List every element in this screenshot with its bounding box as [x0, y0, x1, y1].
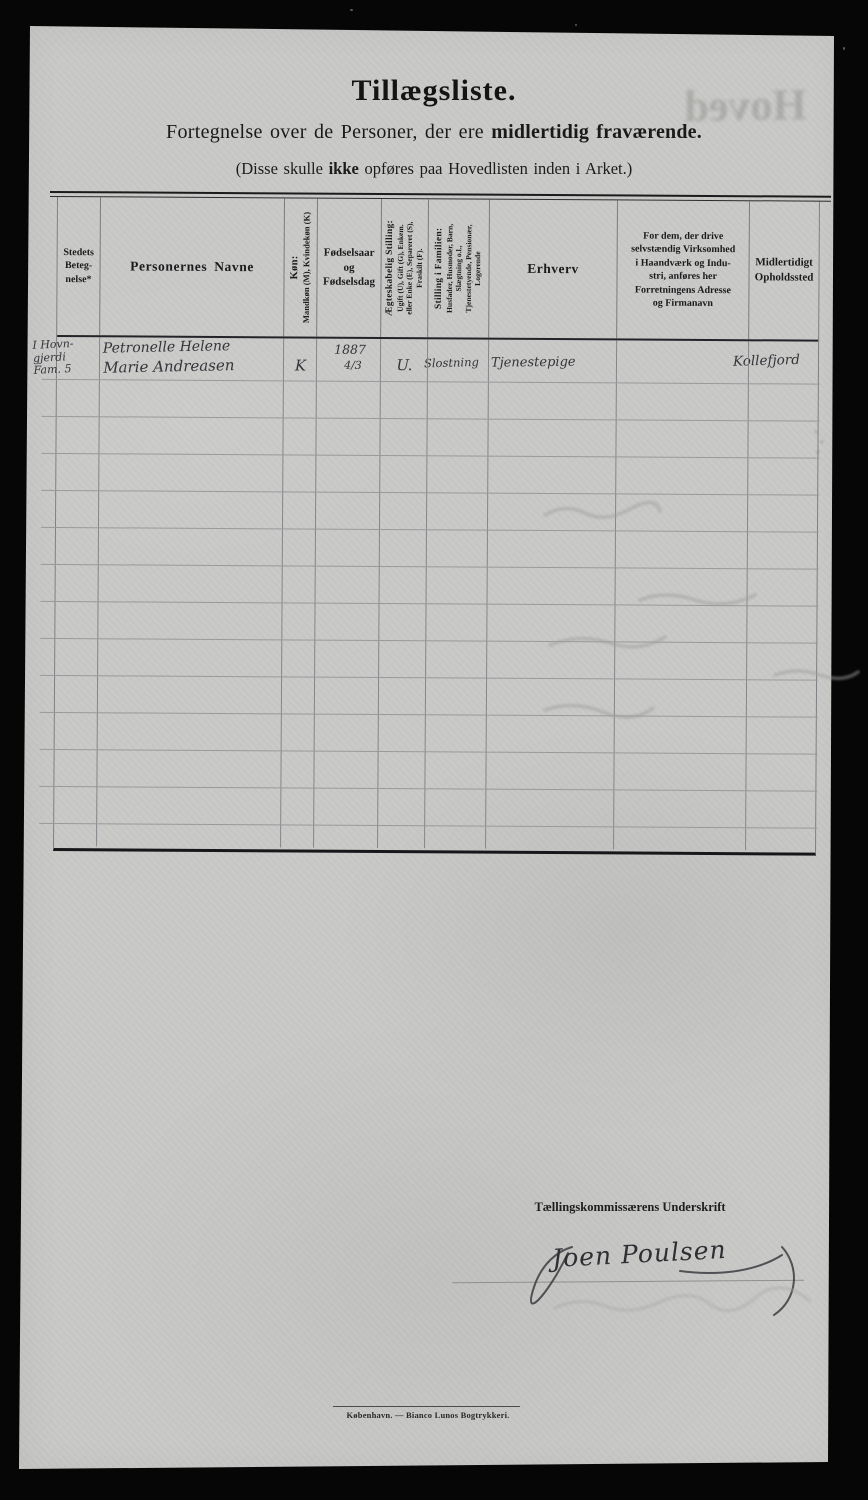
subtitle-bold: midlertidig fraværende.: [491, 121, 702, 143]
column-divider: [96, 337, 100, 846]
column-header-stedets-betegnelse: Stedets Beteg- nelse*: [57, 197, 101, 335]
column-divider: [280, 338, 284, 847]
vertical-header-text: Ægteskabelig Stilling: Ugift (U), Gift (…: [384, 203, 424, 333]
vertical-header-text: Stilling i Familien: Husfader, Husmoder,…: [434, 203, 484, 333]
dust-speck: [843, 47, 845, 50]
entry-kon: K: [284, 356, 317, 374]
column-divider: [377, 339, 381, 848]
bleedthrough-handwriting-marks: [520, 420, 860, 760]
table-header-row: Stedets Beteg- nelse* Personernes Navne …: [57, 197, 819, 342]
note-bold: ikke: [329, 159, 359, 178]
stilling-options: Husfader, Husmoder, Barn, Slægtning o.l.…: [445, 203, 484, 333]
page-title: Tillægsliste.: [0, 74, 868, 108]
entry-birth-year: 1887: [319, 342, 381, 358]
row-rule: [42, 379, 820, 385]
stilling-title: Stilling i Familien:: [434, 203, 445, 333]
column-header-personernes-navne: Personernes Navne: [100, 197, 285, 336]
dust-speck: [575, 24, 577, 26]
bleedthrough-under-signature: [545, 1283, 825, 1323]
entry-fodselsdato: 1887 4/3: [319, 342, 381, 374]
column-header-virksomhed: For dem, der drive selvstændig Virksomhe…: [617, 200, 750, 339]
entry-stilling-i-familien: Slostning: [424, 354, 492, 370]
column-header-erhverv: Erhverv: [489, 200, 618, 339]
row-rule: [39, 823, 817, 829]
column-header-stilling-i-familien: Stilling i Familien: Husfader, Husmoder,…: [428, 199, 490, 337]
dust-speck: [350, 9, 353, 11]
aegteskab-options: Ugift (U), Gift (G), Enkem. eller Enke (…: [395, 203, 424, 333]
page-note: (Disse skulle ikke opføres paa Hovedlist…: [0, 159, 868, 179]
column-divider: [313, 339, 317, 848]
column-divider: [485, 340, 489, 849]
note-post: opføres paa Hovedlisten inden i Arket.): [359, 159, 632, 178]
row-rule: [39, 786, 817, 792]
kon-title: Køn:: [289, 202, 301, 332]
entry-aegteskabelig-stilling: U.: [381, 356, 428, 374]
note-pre: (Disse skulle: [236, 159, 329, 178]
entry-person-name: Petronelle Helene Marie Andreasen: [103, 336, 289, 378]
imprint-rule: [333, 1406, 520, 1407]
aegteskab-title: Ægteskabelig Stilling:: [384, 203, 395, 333]
signature-label: Tællingskommissærens Underskrift: [518, 1200, 742, 1215]
vertical-header-text: Køn: Mandkøn (M), Kvindekøn (K): [289, 202, 313, 332]
scanned-census-page: { "colors": { "background": "#060606", "…: [0, 0, 868, 1500]
entry-birth-day: 4/3: [319, 358, 381, 374]
page-subtitle: Fortegnelse over de Personer, der ere mi…: [0, 121, 868, 144]
column-divider: [424, 339, 428, 848]
kon-options: Mandkøn (M), Kvindekøn (K): [301, 202, 313, 332]
printer-imprint: København. — Bianco Lunos Bogtrykkeri.: [308, 1410, 548, 1420]
column-header-fodselsaar: Fødselsaar og Fødselsdag: [317, 199, 382, 337]
subtitle-regular: Fortegnelse over de Personer, der ere: [166, 121, 491, 143]
entry-erhverv: Tjenestepige: [491, 354, 606, 370]
column-header-opholdssted: Midlertidigt Opholdssted: [749, 201, 819, 339]
column-header-kon: Køn: Mandkøn (M), Kvindekøn (K): [284, 198, 318, 336]
entry-name-line2: Marie Andreasen: [103, 355, 288, 378]
column-header-aegteskabelig-stilling: Ægteskabelig Stilling: Ugift (U), Gift (…: [381, 199, 429, 337]
